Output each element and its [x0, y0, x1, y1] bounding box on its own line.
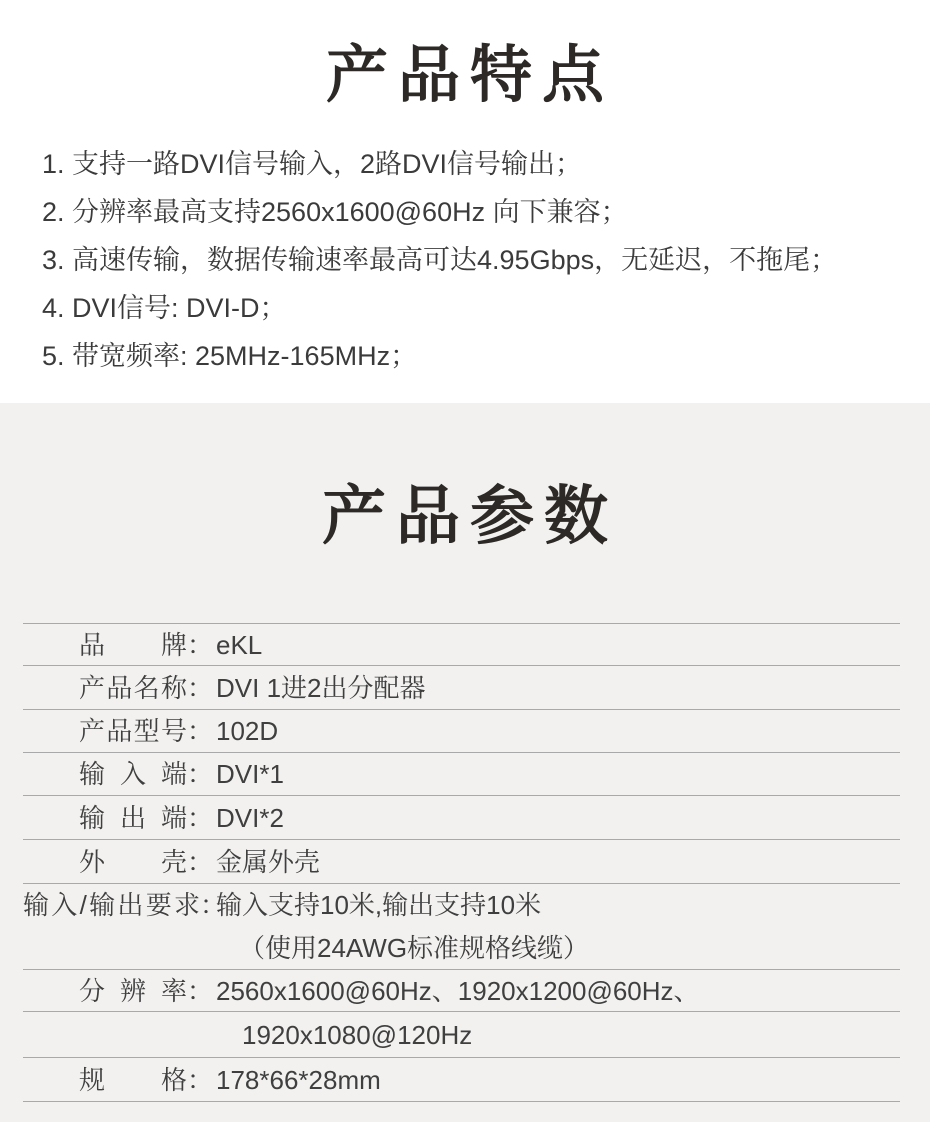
row-label: 规格： [23, 1058, 213, 1102]
table-row-dimensions: 规格：178*66*28mm [23, 1058, 900, 1102]
table-row-model: 产品型号：102D [23, 710, 900, 753]
row-label: 品牌： [23, 624, 213, 666]
table-row-housing: 外壳：金属外壳 [23, 840, 900, 884]
row-value: 2560x1600@60Hz、1920x1200@60Hz、 [216, 976, 700, 1006]
row-value-line1: 输入/输出要求：输入支持10米,输出支持10米 [23, 884, 900, 927]
row-colon: ： [187, 840, 213, 884]
product-detail-page: 产品特点 1. 支持一路DVI信号输入，2路DVI信号输出； 2. 分辨率最高支… [0, 0, 930, 1122]
row-value: 178*66*28mm [216, 1065, 381, 1095]
params-section: 产品参数 品牌：eKL 产品名称：DVI 1进2出分配器 产品型号：102D 输… [0, 403, 930, 1122]
row-value: DVI*2 [216, 803, 284, 833]
row-label: 外壳： [23, 840, 213, 884]
feature-item: 4. DVI信号: DVI-D； [0, 284, 930, 332]
params-title: 产品参数 [0, 403, 930, 559]
row-value: 102D [216, 716, 278, 746]
row-label: 输出端： [23, 796, 213, 840]
table-row-brand: 品牌：eKL [23, 624, 900, 666]
spec-table: 品牌：eKL 产品名称：DVI 1进2出分配器 产品型号：102D 输入端：DV… [23, 623, 900, 1102]
table-row-io-requirements: 输入/输出要求：输入支持10米,输出支持10米 （使用24AWG标准规格线缆） [23, 884, 900, 970]
table-row-product-name: 产品名称：DVI 1进2出分配器 [23, 666, 900, 710]
row-value: DVI 1进2出分配器 [216, 673, 426, 703]
feature-item: 3. 高速传输，数据传输速率最高可达4.95Gbps，无延迟，不拖尾； [0, 236, 930, 284]
features-section: 产品特点 1. 支持一路DVI信号输入，2路DVI信号输出； 2. 分辨率最高支… [0, 0, 930, 403]
row-colon: ： [187, 710, 213, 753]
row-colon: ： [187, 970, 213, 1012]
row-value: 输入支持10米,输出支持10米 [216, 890, 541, 920]
feature-list: 1. 支持一路DVI信号输入，2路DVI信号输出； 2. 分辨率最高支持2560… [0, 140, 930, 380]
feature-item: 1. 支持一路DVI信号输入，2路DVI信号输出； [0, 140, 930, 188]
row-colon: ： [187, 753, 213, 796]
row-value: DVI*1 [216, 759, 284, 789]
row-value: 1920x1080@120Hz [242, 1020, 472, 1050]
row-label: 输入/输出要求： [23, 884, 213, 927]
row-value: 金属外壳 [216, 847, 320, 877]
row-label: 产品型号： [23, 710, 213, 753]
row-label: 产品名称： [23, 666, 213, 710]
row-value: eKL [216, 630, 262, 660]
features-title: 产品特点 [0, 0, 930, 114]
row-colon: ： [187, 624, 213, 666]
row-label [23, 1012, 213, 1058]
row-value-line2: （使用24AWG标准规格线缆） [239, 927, 900, 970]
row-colon: ： [187, 666, 213, 710]
table-row-resolution: 分辨率：2560x1600@60Hz、1920x1200@60Hz、 [23, 970, 900, 1012]
table-row-resolution-cont: 1920x1080@120Hz [23, 1012, 900, 1058]
row-label: 输入端： [23, 753, 213, 796]
table-row-output-port: 输出端：DVI*2 [23, 796, 900, 840]
row-colon: ： [187, 1058, 213, 1102]
row-label: 分辨率： [23, 970, 213, 1012]
row-colon: ： [187, 796, 213, 840]
table-row-input-port: 输入端：DVI*1 [23, 753, 900, 796]
feature-item: 5. 带宽频率: 25MHz-165MHz； [0, 332, 930, 380]
feature-item: 2. 分辨率最高支持2560x1600@60Hz 向下兼容； [0, 188, 930, 236]
